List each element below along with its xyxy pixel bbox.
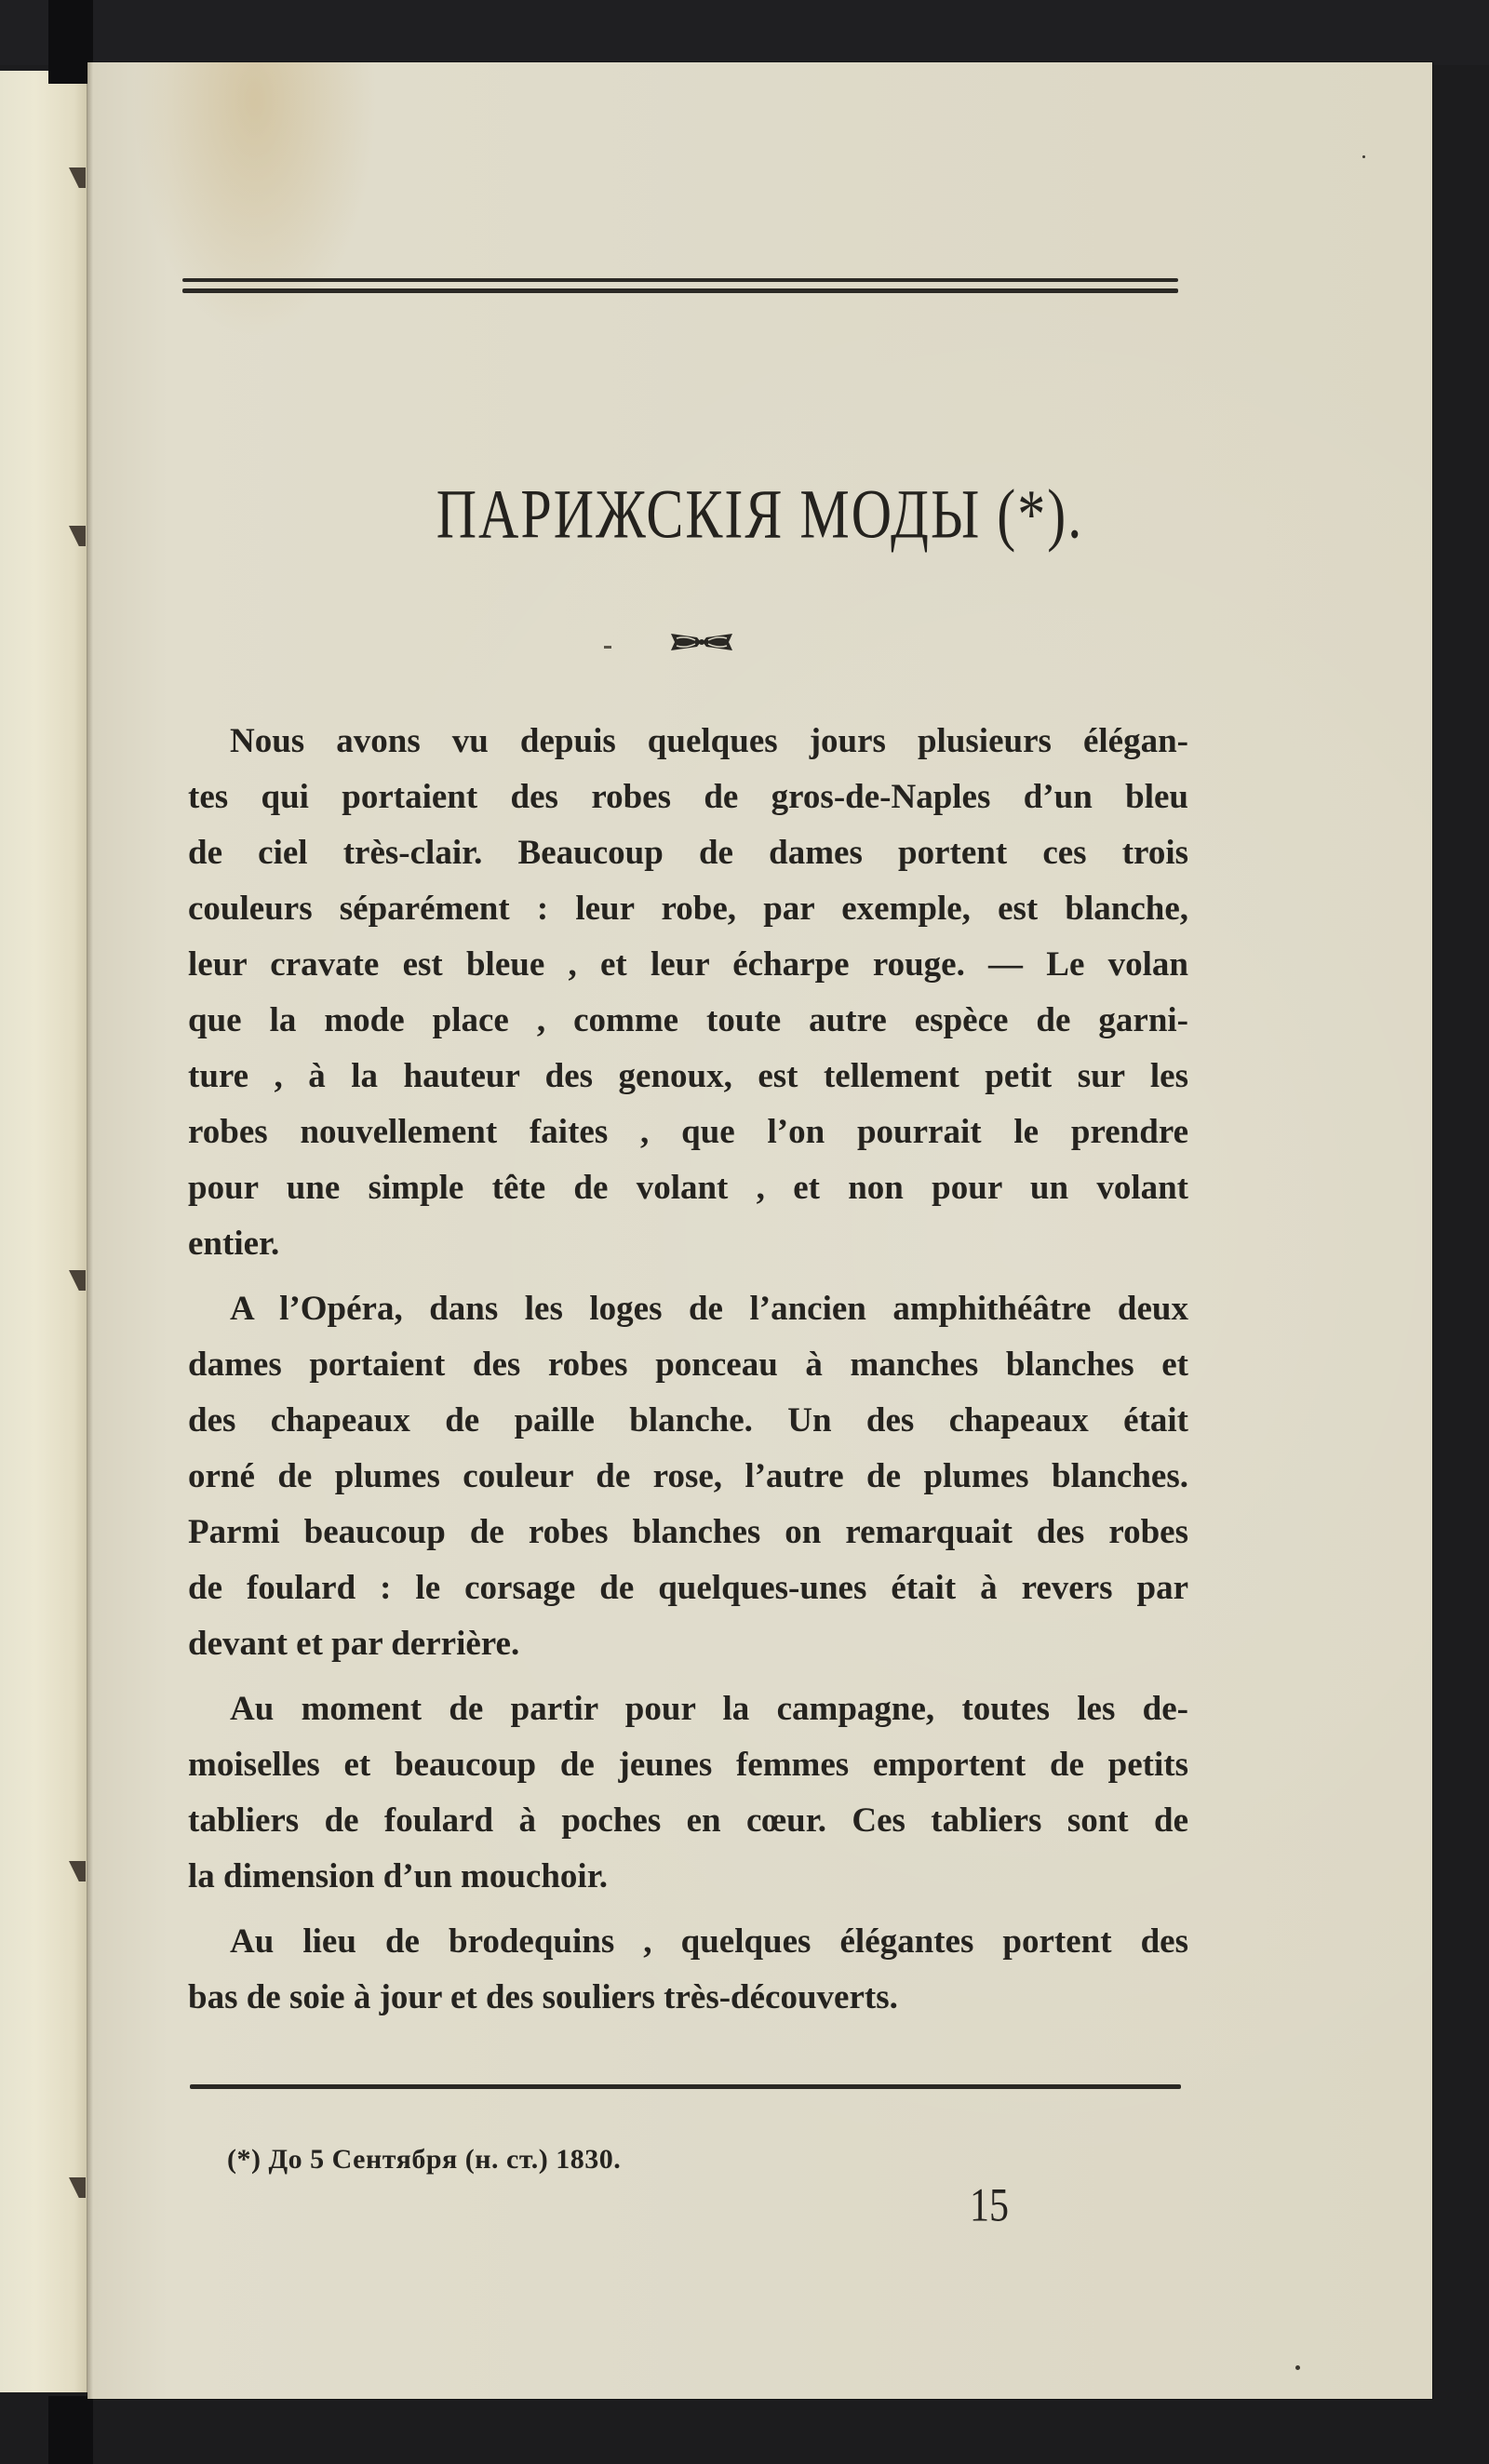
text-line: ture , à la hauteur des genoux, est tell… <box>188 1049 1188 1105</box>
text-line: orné de plumes couleur de rose, l’autre … <box>188 1449 1188 1505</box>
text-line: dames portaient des robes ponceau à manc… <box>188 1337 1188 1393</box>
binding-gap-bottom <box>48 2396 93 2464</box>
scan-background <box>0 0 1489 65</box>
paragraph-3: Au moment de partir pour la campagne, to… <box>188 1681 1188 1905</box>
text-line: Au moment de partir pour la campagne, to… <box>188 1681 1188 1737</box>
text-line: tes qui portaient des robes de gros-de-N… <box>188 770 1188 825</box>
text-line: la dimension d’un mouchoir. <box>188 1849 1188 1905</box>
footnote: (*) До 5 Сентября (н. ст.) 1830. <box>227 2144 621 2176</box>
text-line: couleurs séparément : leur robe, par exe… <box>188 881 1188 937</box>
footnote-rule <box>190 2084 1181 2089</box>
text-line: entier. <box>188 1216 1188 1272</box>
header-rule-top <box>182 278 1178 282</box>
text-line: robes nouvellement faites , que l’on pou… <box>188 1105 1188 1160</box>
text-line: Parmi beaucoup de robes blanches on rema… <box>188 1505 1188 1560</box>
paper-speck <box>1295 2365 1300 2370</box>
page-title: ПАРИЖСКІЯ МОДЫ (*). <box>87 475 1432 555</box>
text-line: bas de soie à jour et des souliers très-… <box>188 1970 1188 2026</box>
paragraph-1: Nous avons vu depuis quelques jours plus… <box>188 714 1188 1272</box>
text-line: Au lieu de brodequins , quelques élégant… <box>188 1914 1188 1970</box>
page-gutter-shadow <box>87 62 93 2399</box>
text-line: A l’Opéra, dans les loges de l’ancien am… <box>188 1281 1188 1337</box>
binding-gap-top <box>48 0 93 84</box>
text-line: leur cravate est bleue , et leur écharpe… <box>188 937 1188 993</box>
text-line: pour une simple tête de volant , et non … <box>188 1160 1188 1216</box>
text-line: Nous avons vu depuis quelques jours plus… <box>188 714 1188 770</box>
text-line: que la mode place , comme toute autre es… <box>188 993 1188 1049</box>
text-line: de ciel très-clair. Beaucoup de dames po… <box>188 825 1188 881</box>
header-rule-bottom <box>182 288 1178 293</box>
page-number: 15 <box>970 2179 1009 2233</box>
article-body: Nous avons vu depuis quelques jours plus… <box>188 714 1188 2026</box>
text-line: moiselles et beaucoup de jeunes femmes e… <box>188 1737 1188 1793</box>
book-page: ПАРИЖСКІЯ МОДЫ (*). Nous avons vu depuis… <box>87 62 1432 2399</box>
facing-page-edge <box>0 71 87 2392</box>
paragraph-4: Au lieu de brodequins , quelques élégant… <box>188 1914 1188 2026</box>
paper-speck <box>1362 155 1365 158</box>
fleuron-ornament-icon <box>669 632 734 652</box>
text-line: tabliers de foulard à poches en cœur. Ce… <box>188 1793 1188 1849</box>
text-line: de foulard : le corsage de quelques-unes… <box>188 1560 1188 1616</box>
paragraph-2: A l’Opéra, dans les loges de l’ancien am… <box>188 1281 1188 1672</box>
text-line: devant et par derrière. <box>188 1616 1188 1672</box>
stray-mark <box>604 646 611 649</box>
text-line: des chapeaux de paille blanche. Un des c… <box>188 1393 1188 1449</box>
